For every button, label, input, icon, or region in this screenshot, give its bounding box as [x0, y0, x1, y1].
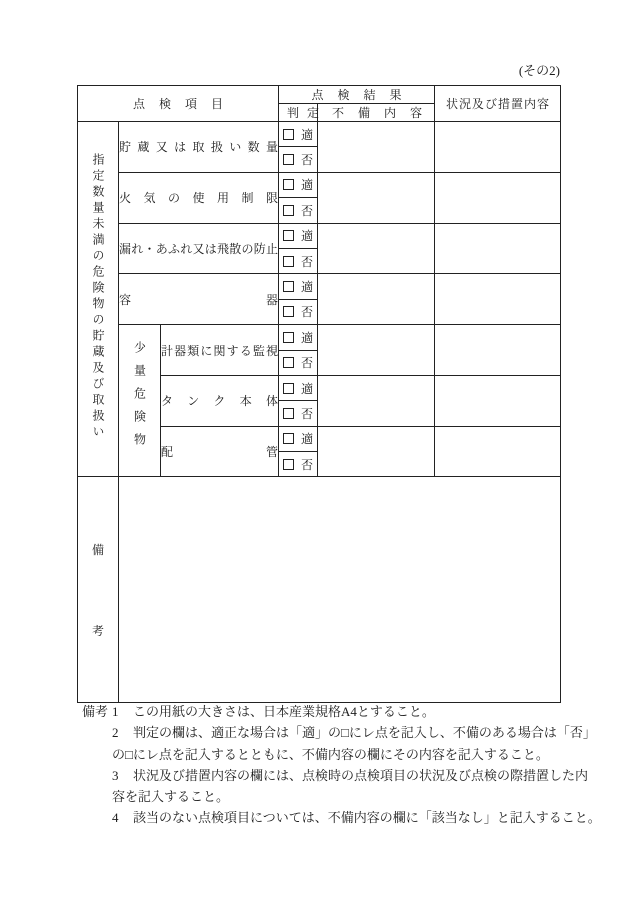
item-label-fire-use-restriction: 火気の使用制限	[119, 172, 279, 223]
scanned-inspection-form-page: { "page": { "corner_label": "(その2)" }, "…	[0, 0, 630, 915]
checkbox-icon[interactable]	[283, 459, 294, 470]
checkbox-icon[interactable]	[283, 383, 294, 394]
header-inspection-result: 点検結果	[279, 86, 435, 104]
status-input-cell[interactable]	[435, 375, 561, 426]
judgment-fail-cell[interactable]: 否	[279, 147, 318, 172]
footnote-line: 1この用紙の大きさは、日本産業規格A4とすること。	[112, 701, 601, 722]
checkbox-icon[interactable]	[283, 205, 294, 216]
deficiency-input-cell[interactable]	[318, 223, 435, 274]
checkbox-icon[interactable]	[283, 154, 294, 165]
checkbox-icon[interactable]	[283, 357, 294, 368]
footnote-text: この用紙の大きさは、日本産業規格A4とすること。	[133, 704, 435, 719]
checkbox-icon[interactable]	[283, 433, 294, 444]
judgment-fail-label: 否	[301, 255, 313, 269]
checkbox-icon[interactable]	[283, 230, 294, 241]
judgment-fail-label: 否	[301, 458, 313, 472]
judgment-pass-label: 適	[301, 331, 313, 345]
status-input-cell[interactable]	[435, 274, 561, 325]
inspection-table: 点検項目 点検結果 状況及び措置内容 判定 不備内容 指定数量未満の危険物の貯蔵…	[77, 85, 561, 703]
group-label-cell: 指定数量未満の危険物の貯蔵及び取扱い	[78, 122, 119, 477]
judgment-pass-cell[interactable]: 適	[279, 426, 318, 451]
judgment-fail-label: 否	[301, 407, 313, 421]
status-input-cell[interactable]	[435, 223, 561, 274]
judgment-fail-cell[interactable]: 否	[279, 401, 318, 426]
judgment-pass-cell[interactable]: 適	[279, 375, 318, 400]
header-deficiency: 不備内容	[318, 104, 435, 122]
deficiency-input-cell[interactable]	[318, 172, 435, 223]
checkbox-icon[interactable]	[283, 129, 294, 140]
judgment-fail-cell[interactable]: 否	[279, 350, 318, 375]
footnote-line: 3状況及び措置内容の欄には、点検時の点検項目の状況及び点検の際措置した内	[112, 765, 601, 786]
judgment-pass-cell[interactable]: 適	[279, 325, 318, 350]
remarks-label-char: 考	[92, 622, 104, 639]
checkbox-icon[interactable]	[283, 179, 294, 190]
judgment-fail-label: 否	[301, 356, 313, 370]
judgment-pass-label: 適	[301, 229, 313, 243]
item-label-tank-body: タンク本体	[161, 375, 279, 426]
judgment-pass-label: 適	[301, 128, 313, 142]
remarks-input-area[interactable]	[119, 477, 561, 703]
footnote-number: 1	[112, 701, 133, 722]
deficiency-input-cell[interactable]	[318, 122, 435, 173]
judgment-fail-label: 否	[301, 305, 313, 319]
judgment-pass-label: 適	[301, 280, 313, 294]
footnote-text: 状況及び措置内容の欄には、点検時の点検項目の状況及び点検の際措置した内	[133, 768, 588, 783]
subgroup-label-cell: 少量危険物	[119, 325, 161, 477]
item-label-instrument-monitoring: 計器類に関する監視	[161, 325, 279, 376]
judgment-pass-cell[interactable]: 適	[279, 223, 318, 248]
deficiency-input-cell[interactable]	[318, 274, 435, 325]
judgment-fail-cell[interactable]: 否	[279, 299, 318, 324]
footnote-text: 容を記入すること。	[112, 789, 229, 804]
footnote-number: 4	[112, 807, 133, 828]
footnotes-label: 備考	[82, 701, 112, 829]
deficiency-input-cell[interactable]	[318, 375, 435, 426]
checkbox-icon[interactable]	[283, 332, 294, 343]
footnote-number: 2	[112, 722, 133, 743]
deficiency-input-cell[interactable]	[318, 426, 435, 477]
judgment-fail-cell[interactable]: 否	[279, 198, 318, 223]
checkbox-icon[interactable]	[283, 256, 294, 267]
item-label-leak-overflow-scatter-prevention: 漏れ・あふれ又は飛散の防止	[119, 223, 279, 274]
judgment-pass-label: 適	[301, 178, 313, 192]
judgment-fail-cell[interactable]: 否	[279, 452, 318, 477]
footnote-line: 2判定の欄は、適正な場合は「適」の□にレ点を記入し、不備のある場合は「否」	[112, 722, 601, 743]
judgment-fail-label: 否	[301, 204, 313, 218]
item-label-container: 容器	[119, 274, 279, 325]
header-judgment: 判定	[279, 104, 318, 122]
remarks-label-char: 備	[92, 541, 104, 558]
header-status-measures: 状況及び措置内容	[435, 86, 561, 122]
checkbox-icon[interactable]	[283, 408, 294, 419]
footnote-number: 3	[112, 765, 133, 786]
judgment-pass-label: 適	[301, 432, 313, 446]
judgment-pass-cell[interactable]: 適	[279, 172, 318, 197]
judgment-pass-cell[interactable]: 適	[279, 122, 318, 147]
header-inspection-item: 点検項目	[78, 86, 279, 122]
footnote-line: 4該当のない点検項目については、不備内容の欄に「該当なし」と記入すること。	[112, 807, 601, 828]
item-label-piping: 配管	[161, 426, 279, 477]
remarks-label-cell: 備 考	[78, 477, 119, 703]
judgment-pass-label: 適	[301, 382, 313, 396]
status-input-cell[interactable]	[435, 172, 561, 223]
checkbox-icon[interactable]	[283, 306, 294, 317]
judgment-fail-cell[interactable]: 否	[279, 248, 318, 273]
checkbox-icon[interactable]	[283, 281, 294, 292]
status-input-cell[interactable]	[435, 325, 561, 376]
status-input-cell[interactable]	[435, 122, 561, 173]
deficiency-input-cell[interactable]	[318, 325, 435, 376]
footnotes-body: 1この用紙の大きさは、日本産業規格A4とすること。 2判定の欄は、適正な場合は「…	[112, 701, 601, 829]
item-label-storage-handling-quantity: 貯蔵又は取扱い数量	[119, 122, 279, 173]
judgment-pass-cell[interactable]: 適	[279, 274, 318, 299]
corner-label: (その2)	[0, 60, 560, 79]
footnote-line: 容を記入すること。	[112, 786, 601, 807]
group-label-vertical: 指定数量未満の危険物の貯蔵及び取扱い	[92, 153, 104, 441]
judgment-fail-label: 否	[301, 153, 313, 167]
footnote-text: 判定の欄は、適正な場合は「適」の□にレ点を記入し、不備のある場合は「否」	[133, 725, 596, 740]
footnotes: 備考 1この用紙の大きさは、日本産業規格A4とすること。 2判定の欄は、適正な場…	[82, 701, 601, 829]
footnote-text: の□にレ点を記入するとともに、不備内容の欄にその内容を記入すること。	[112, 747, 549, 762]
footnote-text: 該当のない点検項目については、不備内容の欄に「該当なし」と記入すること。	[133, 810, 601, 825]
subgroup-label-vertical: 少量危険物	[134, 341, 146, 456]
status-input-cell[interactable]	[435, 426, 561, 477]
footnote-line: の□にレ点を記入するとともに、不備内容の欄にその内容を記入すること。	[112, 744, 601, 765]
